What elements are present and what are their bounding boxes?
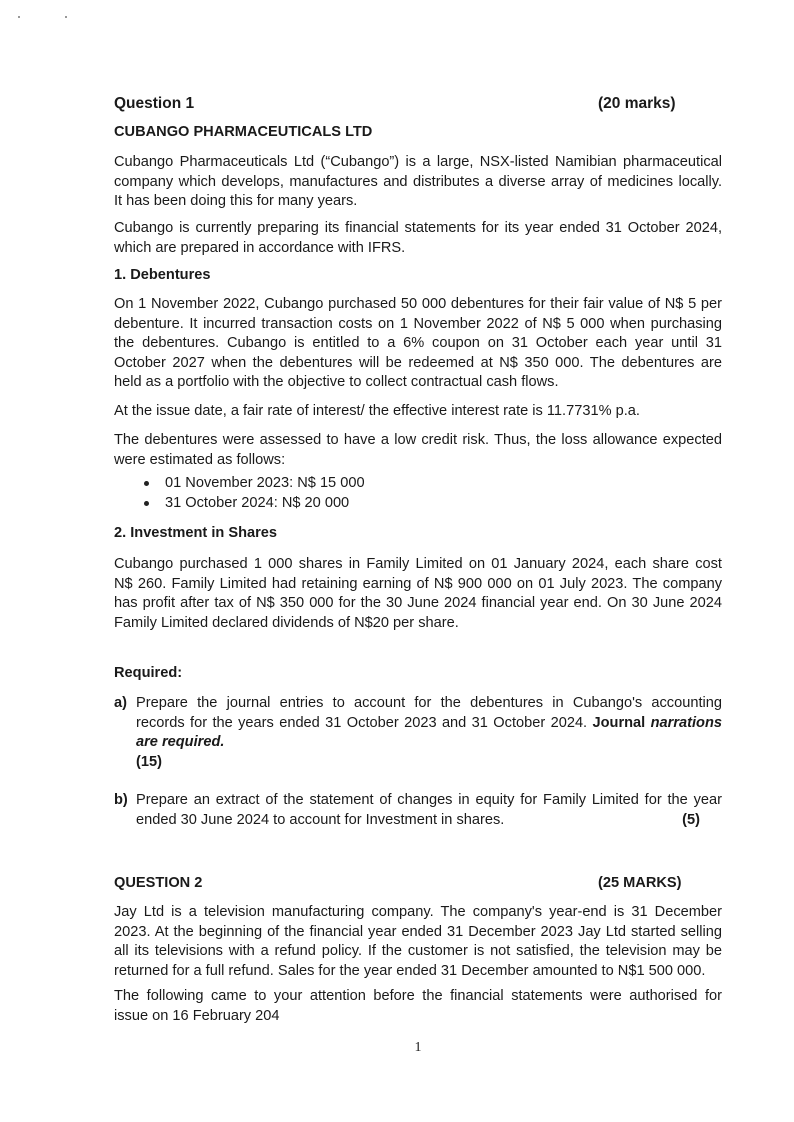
company-heading: CUBANGO PHARMACEUTICALS LTD <box>114 123 722 143</box>
required-item-b: b) Prepare an extract of the statement o… <box>114 791 722 830</box>
investment-heading: 2. Investment in Shares <box>114 524 722 544</box>
bullet-icon <box>144 481 149 486</box>
list-item: 01 November 2023: N$ 15 000 <box>114 474 722 494</box>
question1-title: Question 1 <box>114 94 194 114</box>
scan-speck <box>65 16 67 18</box>
item-b-marks: (5) <box>682 811 700 831</box>
preparation-paragraph: Cubango is currently preparing its finan… <box>114 219 722 258</box>
question1-marks: (20 marks) <box>598 94 676 114</box>
debentures-paragraph: On 1 November 2022, Cubango purchased 50… <box>114 295 722 393</box>
list-item: 31 October 2024: N$ 20 000 <box>114 494 722 514</box>
interest-rate-paragraph: At the issue date, a fair rate of intere… <box>114 402 722 422</box>
item-a-marks: (15) <box>136 753 722 773</box>
question2-marks: (25 MARKS) <box>598 874 682 894</box>
loss-allowance-list: 01 November 2023: N$ 15 000 31 October 2… <box>114 474 722 513</box>
scan-speck <box>18 16 20 18</box>
question2-paragraph: Jay Ltd is a television manufacturing co… <box>114 903 722 981</box>
credit-risk-paragraph: The debentures were assessed to have a l… <box>114 431 722 470</box>
bullet-icon <box>144 501 149 506</box>
required-heading: Required: <box>114 664 722 684</box>
page-number: 1 <box>114 1038 722 1058</box>
intro-paragraph: Cubango Pharmaceuticals Ltd (“Cubango”) … <box>114 153 722 212</box>
question2-followup: The following came to your attention bef… <box>114 987 722 1026</box>
debentures-heading: 1. Debentures <box>114 266 722 286</box>
required-item-a: a) Prepare the journal entries to accoun… <box>114 694 722 772</box>
investment-paragraph: Cubango purchased 1 000 shares in Family… <box>114 555 722 633</box>
